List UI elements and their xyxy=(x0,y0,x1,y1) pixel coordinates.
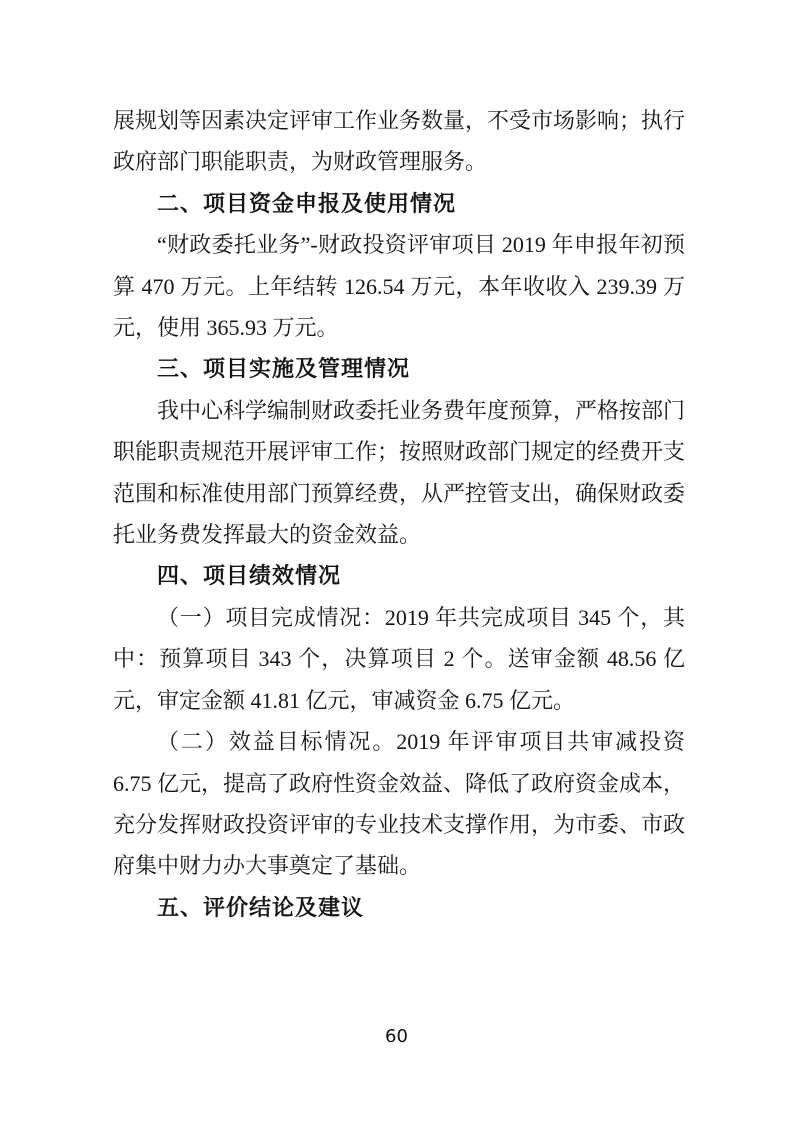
section-heading-5: 五、评价结论及建议 xyxy=(113,887,685,928)
page-number: 60 xyxy=(385,1026,408,1047)
section-heading-3: 三、项目实施及管理情况 xyxy=(113,348,685,389)
paragraph-project-completion: （一）项目完成情况：2019 年共完成项目 345 个，其中：预算项目 343 … xyxy=(113,597,685,721)
document-body: 展规划等因素决定评审工作业务数量，不受市场影响；执行政府部门职能职责，为财政管理… xyxy=(113,100,685,928)
paragraph-continuation: 展规划等因素决定评审工作业务数量，不受市场影响；执行政府部门职能职责，为财政管理… xyxy=(113,100,685,183)
page-footer: 60 xyxy=(0,1026,793,1047)
section-heading-4: 四、项目绩效情况 xyxy=(113,555,685,596)
section-heading-2: 二、项目资金申报及使用情况 xyxy=(113,183,685,224)
paragraph-implementation-management: 我中心科学编制财政委托业务费年度预算，严格按部门职能职责规范开展评审工作；按照财… xyxy=(113,390,685,556)
document-page: 展规划等因素决定评审工作业务数量，不受市场影响；执行政府部门职能职责，为财政管理… xyxy=(0,0,793,1122)
paragraph-benefit-targets: （二）效益目标情况。2019 年评审项目共审减投资 6.75 亿元，提高了政府性… xyxy=(113,721,685,887)
paragraph-funding-usage: “财政委托业务”-财政投资评审项目 2019 年申报年初预算 470 万元。上年… xyxy=(113,224,685,348)
